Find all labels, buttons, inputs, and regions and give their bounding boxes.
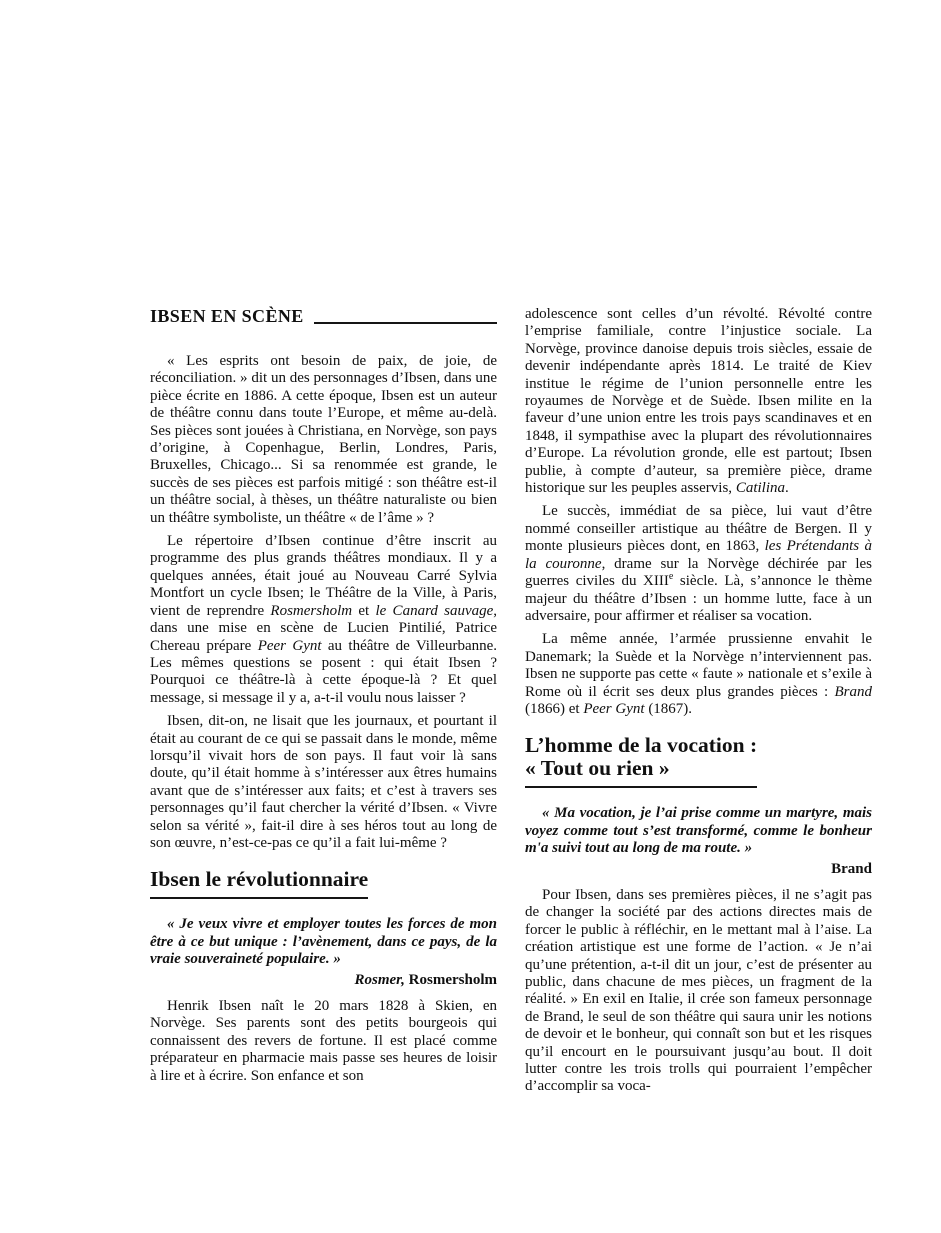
left-column: IBSEN EN SCÈNE« Les esprits ont besoin d… (150, 306, 497, 1102)
body-paragraph: Le succès, immédiat de sa pièce, lui vau… (525, 503, 872, 625)
text-segment: Brand (831, 861, 872, 877)
right-column: adolescence sont celles d’un révolté. Ré… (525, 306, 872, 1102)
text-segment: (1867). (645, 701, 693, 717)
section-heading-text: L’homme de la vocation : « Tout ou rien … (525, 734, 757, 788)
text-segment: et (352, 603, 375, 619)
section-heading-text: Ibsen le révolutionnaire (150, 868, 368, 899)
text-segment: « Les esprits ont besoin de paix, de joi… (150, 353, 497, 526)
printed-page: IBSEN EN SCÈNE« Les esprits ont besoin d… (0, 0, 941, 1233)
body-paragraph: Ibsen, dit-on, ne lisait que les journau… (150, 713, 497, 852)
text-segment: (1866) et (525, 701, 583, 717)
quote-attribution: Rosmer, Rosmersholm (150, 972, 497, 989)
body-paragraph: La même année, l’armée prussienne envahi… (525, 631, 872, 718)
italic-text-segment: Brand (835, 684, 873, 700)
italic-text-segment: Rosmer, (354, 972, 404, 988)
italic-text-segment: Peer Gynt (583, 701, 644, 717)
text-segment: « Je veux vivre et employer toutes les f… (150, 916, 497, 967)
body-paragraph: « Les esprits ont besoin de paix, de joi… (150, 353, 497, 527)
italic-text-segment: Rosmersholm (270, 603, 352, 619)
section-heading: Ibsen le révolutionnaire (150, 868, 497, 899)
italic-text-segment: Peer Gynt (258, 638, 322, 654)
body-paragraph: Le répertoire d’Ibsen continue d’être in… (150, 533, 497, 707)
italic-text-segment: Catilina (736, 480, 785, 496)
text-segment: . (785, 480, 789, 496)
text-segment: Rosmersholm (405, 972, 497, 988)
body-paragraph: Pour Ibsen, dans ses premières pièces, i… (525, 887, 872, 1096)
text-segment: « Ma vocation, je l’ai prise comme un ma… (525, 805, 872, 856)
text-segment: Henrik Ibsen naît le 20 mars 1828 à Skie… (150, 998, 497, 1084)
two-column-article: IBSEN EN SCÈNE« Les esprits ont besoin d… (150, 306, 872, 1102)
body-paragraph: adolescence sont celles d’un révolté. Ré… (525, 306, 872, 497)
section-heading: L’homme de la vocation : « Tout ou rien … (525, 734, 872, 788)
text-segment: Pour Ibsen, dans ses premières pièces, i… (525, 887, 872, 1094)
quote-epigraph: « Je veux vivre et employer toutes les f… (150, 916, 497, 968)
text-segment: Ibsen, dit-on, ne lisait que les journau… (150, 713, 497, 851)
body-paragraph: Henrik Ibsen naît le 20 mars 1828 à Skie… (150, 998, 497, 1085)
text-segment: adolescence sont celles d’un révolté. Ré… (525, 306, 872, 496)
quote-epigraph: « Ma vocation, je l’ai prise comme un ma… (525, 805, 872, 857)
rubric-title: IBSEN EN SCÈNE (150, 306, 304, 327)
text-segment: La même année, l’armée prussienne envahi… (525, 631, 872, 699)
italic-text-segment: le Canard sauvage (375, 603, 493, 619)
rubric-rule (314, 322, 497, 324)
section-rubric: IBSEN EN SCÈNE (150, 306, 497, 327)
quote-attribution: Brand (525, 861, 872, 878)
